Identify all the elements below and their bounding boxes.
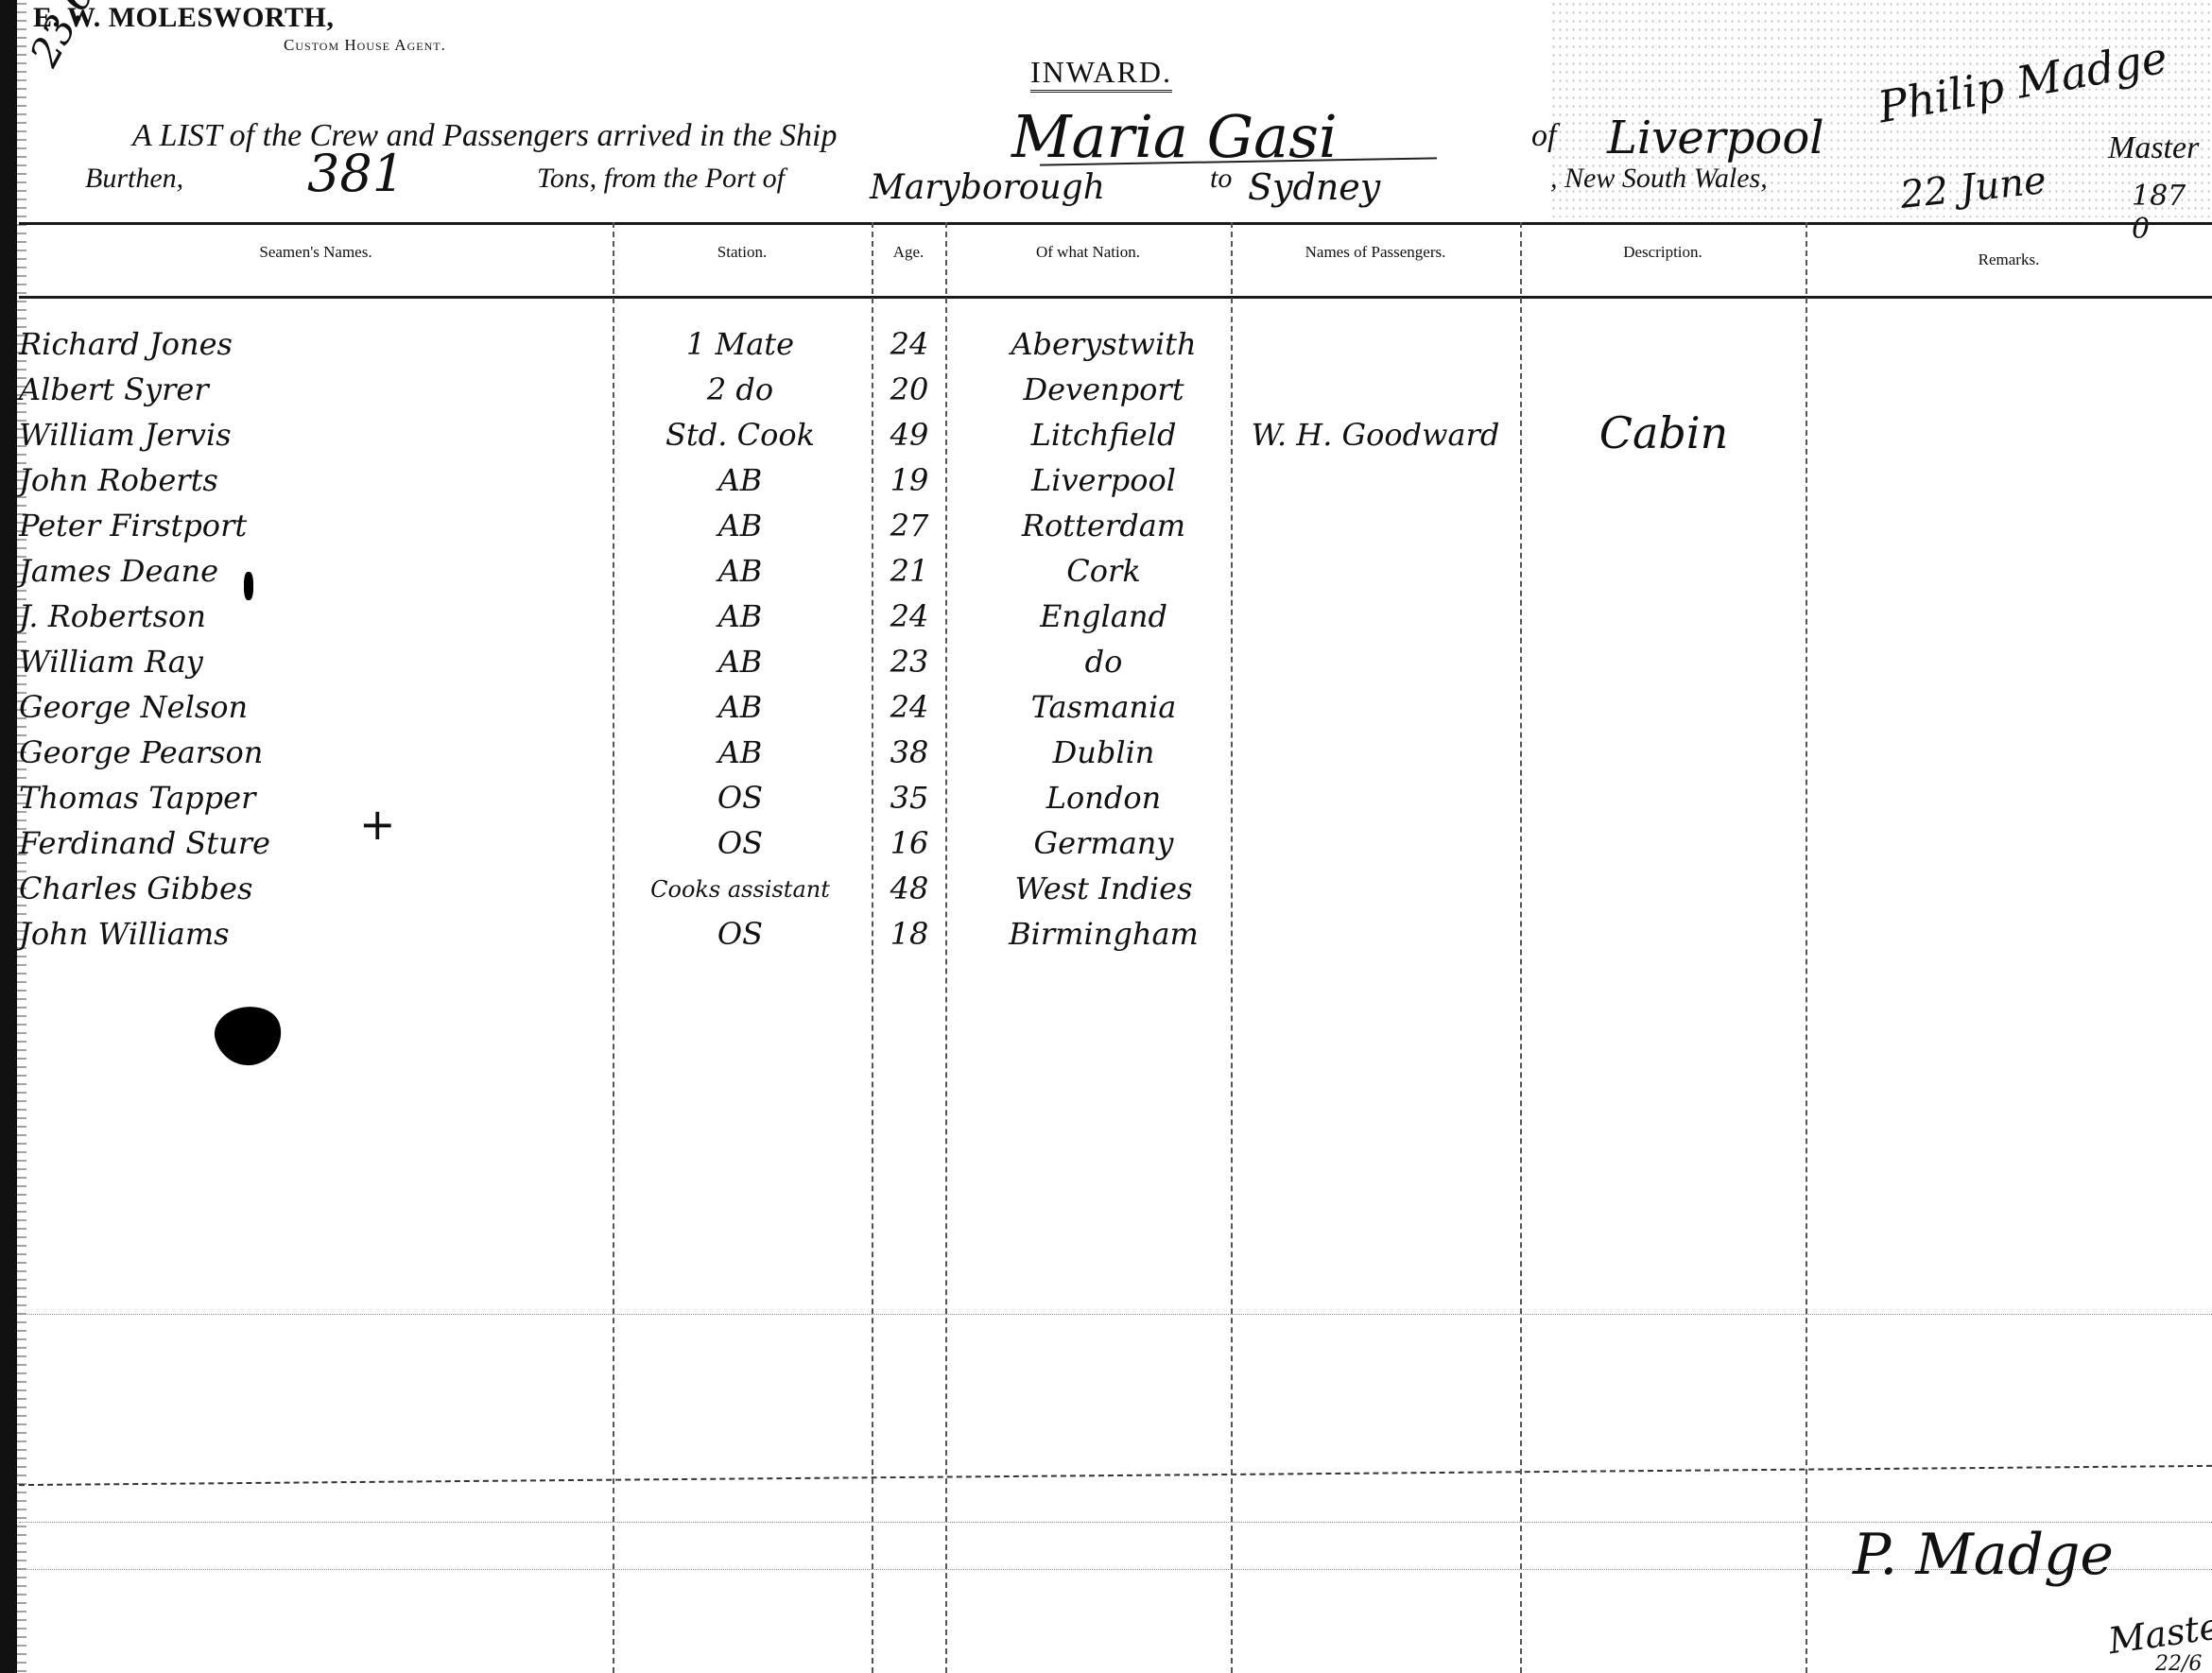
- list-prefix: A LIST of the Crew and Passengers arrive…: [132, 118, 837, 154]
- seaman-name: Thomas Tapper: [19, 780, 586, 816]
- station: AB: [613, 689, 868, 725]
- station: OS: [613, 916, 868, 952]
- age: 23: [872, 644, 947, 680]
- to-label: to: [1210, 163, 1232, 195]
- age: 38: [872, 734, 947, 770]
- seaman-name: James Deane: [19, 553, 586, 589]
- age: 20: [872, 371, 947, 407]
- nsw-label: , New South Wales,: [1550, 163, 1768, 195]
- table-row: J. Robertson AB 24 England: [19, 598, 2212, 644]
- header-description: Description.: [1520, 243, 1806, 262]
- station: AB: [613, 462, 868, 498]
- table-row: John Roberts AB 19 Liverpool: [19, 462, 2212, 508]
- table-row: Richard Jones 1 Mate 24 Aberystwith: [19, 326, 2212, 371]
- table-top-rule: [19, 222, 2212, 225]
- age: 19: [872, 462, 947, 498]
- ink-smudge: [244, 572, 253, 600]
- nation: England: [964, 598, 1243, 634]
- age: 27: [872, 508, 947, 543]
- header-nation: Of what Nation.: [945, 243, 1231, 262]
- seaman-name: George Pearson: [19, 734, 586, 770]
- master-label: Master: [2108, 130, 2199, 166]
- nation: Cork: [964, 553, 1243, 589]
- table-row: Charles Gibbes Cooks assistant 48 West I…: [19, 871, 2212, 916]
- table-row: Albert Syrer 2 do 20 Devenport: [19, 371, 2212, 417]
- age: 16: [872, 825, 947, 861]
- station: AB: [613, 598, 868, 634]
- table-row: George Nelson AB 24 Tasmania: [19, 689, 2212, 734]
- margin-cross-mark: +: [359, 799, 396, 850]
- station: 2 do: [613, 371, 868, 407]
- seaman-name: Peter Firstport: [19, 508, 586, 543]
- seaman-name: John Williams: [19, 916, 586, 952]
- nation: Liverpool: [964, 462, 1243, 498]
- age: 18: [872, 916, 947, 952]
- age: 24: [872, 326, 947, 362]
- table-row: William Jervis Std. Cook 49 Litchfield W…: [19, 417, 2212, 462]
- seaman-name: Richard Jones: [19, 326, 586, 362]
- header-seamens-names: Seamen's Names.: [19, 243, 613, 262]
- seaman-name: Albert Syrer: [19, 371, 586, 407]
- seaman-name: George Nelson: [19, 689, 586, 725]
- table-row: William Ray AB 23 do: [19, 644, 2212, 689]
- seaman-name: Ferdinand Sture: [19, 825, 586, 861]
- faint-ruled-line: [19, 1314, 2212, 1315]
- header-bottom-rule: [19, 296, 2212, 299]
- from-port: Maryborough: [870, 168, 1105, 207]
- table-row: John Williams OS 18 Birmingham: [19, 916, 2212, 961]
- of-label: of: [1531, 118, 1556, 154]
- station: Std. Cook: [613, 417, 868, 453]
- table-row: James Deane AB 21 Cork: [19, 553, 2212, 598]
- nation: Tasmania: [964, 689, 1243, 725]
- age: 24: [872, 598, 947, 634]
- signature-date: 22/6: [2155, 1652, 2202, 1673]
- nation: Rotterdam: [964, 508, 1243, 543]
- nation: Dublin: [964, 734, 1243, 770]
- age: 48: [872, 871, 947, 906]
- nation: London: [964, 780, 1243, 816]
- nation: Birmingham: [964, 916, 1243, 952]
- nation: Germany: [964, 825, 1243, 861]
- header-passengers: Names of Passengers.: [1231, 243, 1520, 262]
- table-row: Peter Firstport AB 27 Rotterdam: [19, 508, 2212, 553]
- seaman-name: Charles Gibbes: [19, 871, 586, 906]
- table-row: George Pearson AB 38 Dublin: [19, 734, 2212, 780]
- header-station: Station.: [613, 243, 872, 262]
- age: 49: [872, 417, 947, 453]
- lower-rule: [19, 1465, 2212, 1486]
- inward-label: INWARD.: [1030, 55, 1172, 93]
- master-signature: P. Madge: [1853, 1522, 2114, 1588]
- nation: Aberystwith: [964, 326, 1243, 362]
- station: AB: [613, 644, 868, 680]
- burthen-label: Burthen,: [85, 163, 183, 195]
- tons-value: 381: [307, 144, 405, 203]
- seaman-name: John Roberts: [19, 462, 586, 498]
- age: 24: [872, 689, 947, 725]
- nation: Litchfield: [964, 417, 1243, 453]
- seaman-name: J. Robertson: [19, 598, 586, 634]
- header-age: Age.: [872, 243, 945, 262]
- nation: West Indies: [964, 871, 1243, 906]
- nation: Devenport: [964, 371, 1243, 407]
- seaman-name: William Jervis: [19, 417, 586, 453]
- nation: do: [964, 644, 1243, 680]
- station: AB: [613, 734, 868, 770]
- tons-label: Tons, from the Port of: [537, 163, 785, 195]
- age: 35: [872, 780, 947, 816]
- passenger-description: Cabin: [1522, 407, 1806, 458]
- header-remarks: Remarks.: [1806, 250, 2212, 269]
- station: OS: [613, 825, 868, 861]
- scan-edge: [0, 0, 17, 1673]
- agent-title: Custom House Agent.: [284, 36, 446, 55]
- station: OS: [613, 780, 868, 816]
- port-of-registry: Liverpool: [1607, 112, 1824, 164]
- age: 21: [872, 553, 947, 589]
- to-port: Sydney: [1248, 166, 1380, 208]
- station: Cooks assistant: [613, 876, 868, 903]
- passenger-name: W. H. Goodward: [1234, 417, 1517, 453]
- station: AB: [613, 553, 868, 589]
- table-row: Thomas Tapper OS 35 London: [19, 780, 2212, 825]
- seaman-name: William Ray: [19, 644, 586, 680]
- station: AB: [613, 508, 868, 543]
- crew-passenger-table: Seamen's Names. Station. Age. Of what Na…: [19, 222, 2212, 1673]
- table-row: Ferdinand Sture OS 16 Germany: [19, 825, 2212, 871]
- station: 1 Mate: [613, 326, 868, 362]
